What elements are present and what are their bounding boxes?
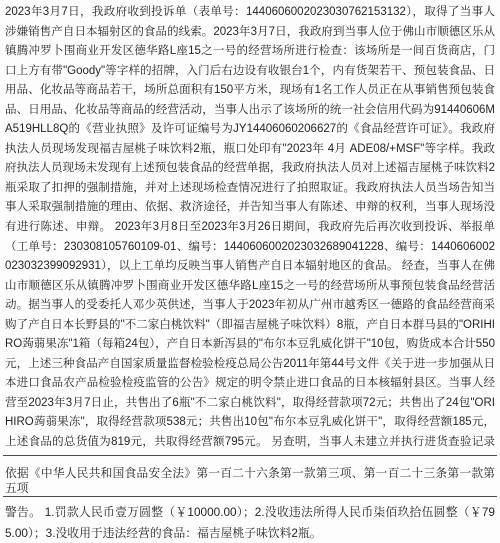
case-facts-section: 2023年3月7日，我政府收到投诉单（表单号：14406060020230307…	[0, 0, 500, 455]
case-facts-text: 2023年3月7日，我政府收到投诉单（表单号：14406060020230307…	[5, 3, 495, 455]
penalty-document: 2023年3月7日，我政府收到投诉单（表单号：14406060020230307…	[0, 0, 500, 543]
legal-basis-section: 依据《中华人民共和国食品安全法》第一百二十六条第一款第三项、第一百二十三条第一款…	[0, 456, 500, 496]
legal-basis-text: 依据《中华人民共和国食品安全法》第一百二十六条第一款第三项、第一百二十三条第一款…	[5, 466, 495, 496]
penalty-decision-text: 警告。 1.罚款人民币壹万圆整（￥10000.00）；2.没收违法所得人民币柒佰…	[5, 502, 495, 543]
penalty-decision-section: 警告。 1.罚款人民币壹万圆整（￥10000.00）；2.没收违法所得人民币柒佰…	[0, 497, 500, 543]
